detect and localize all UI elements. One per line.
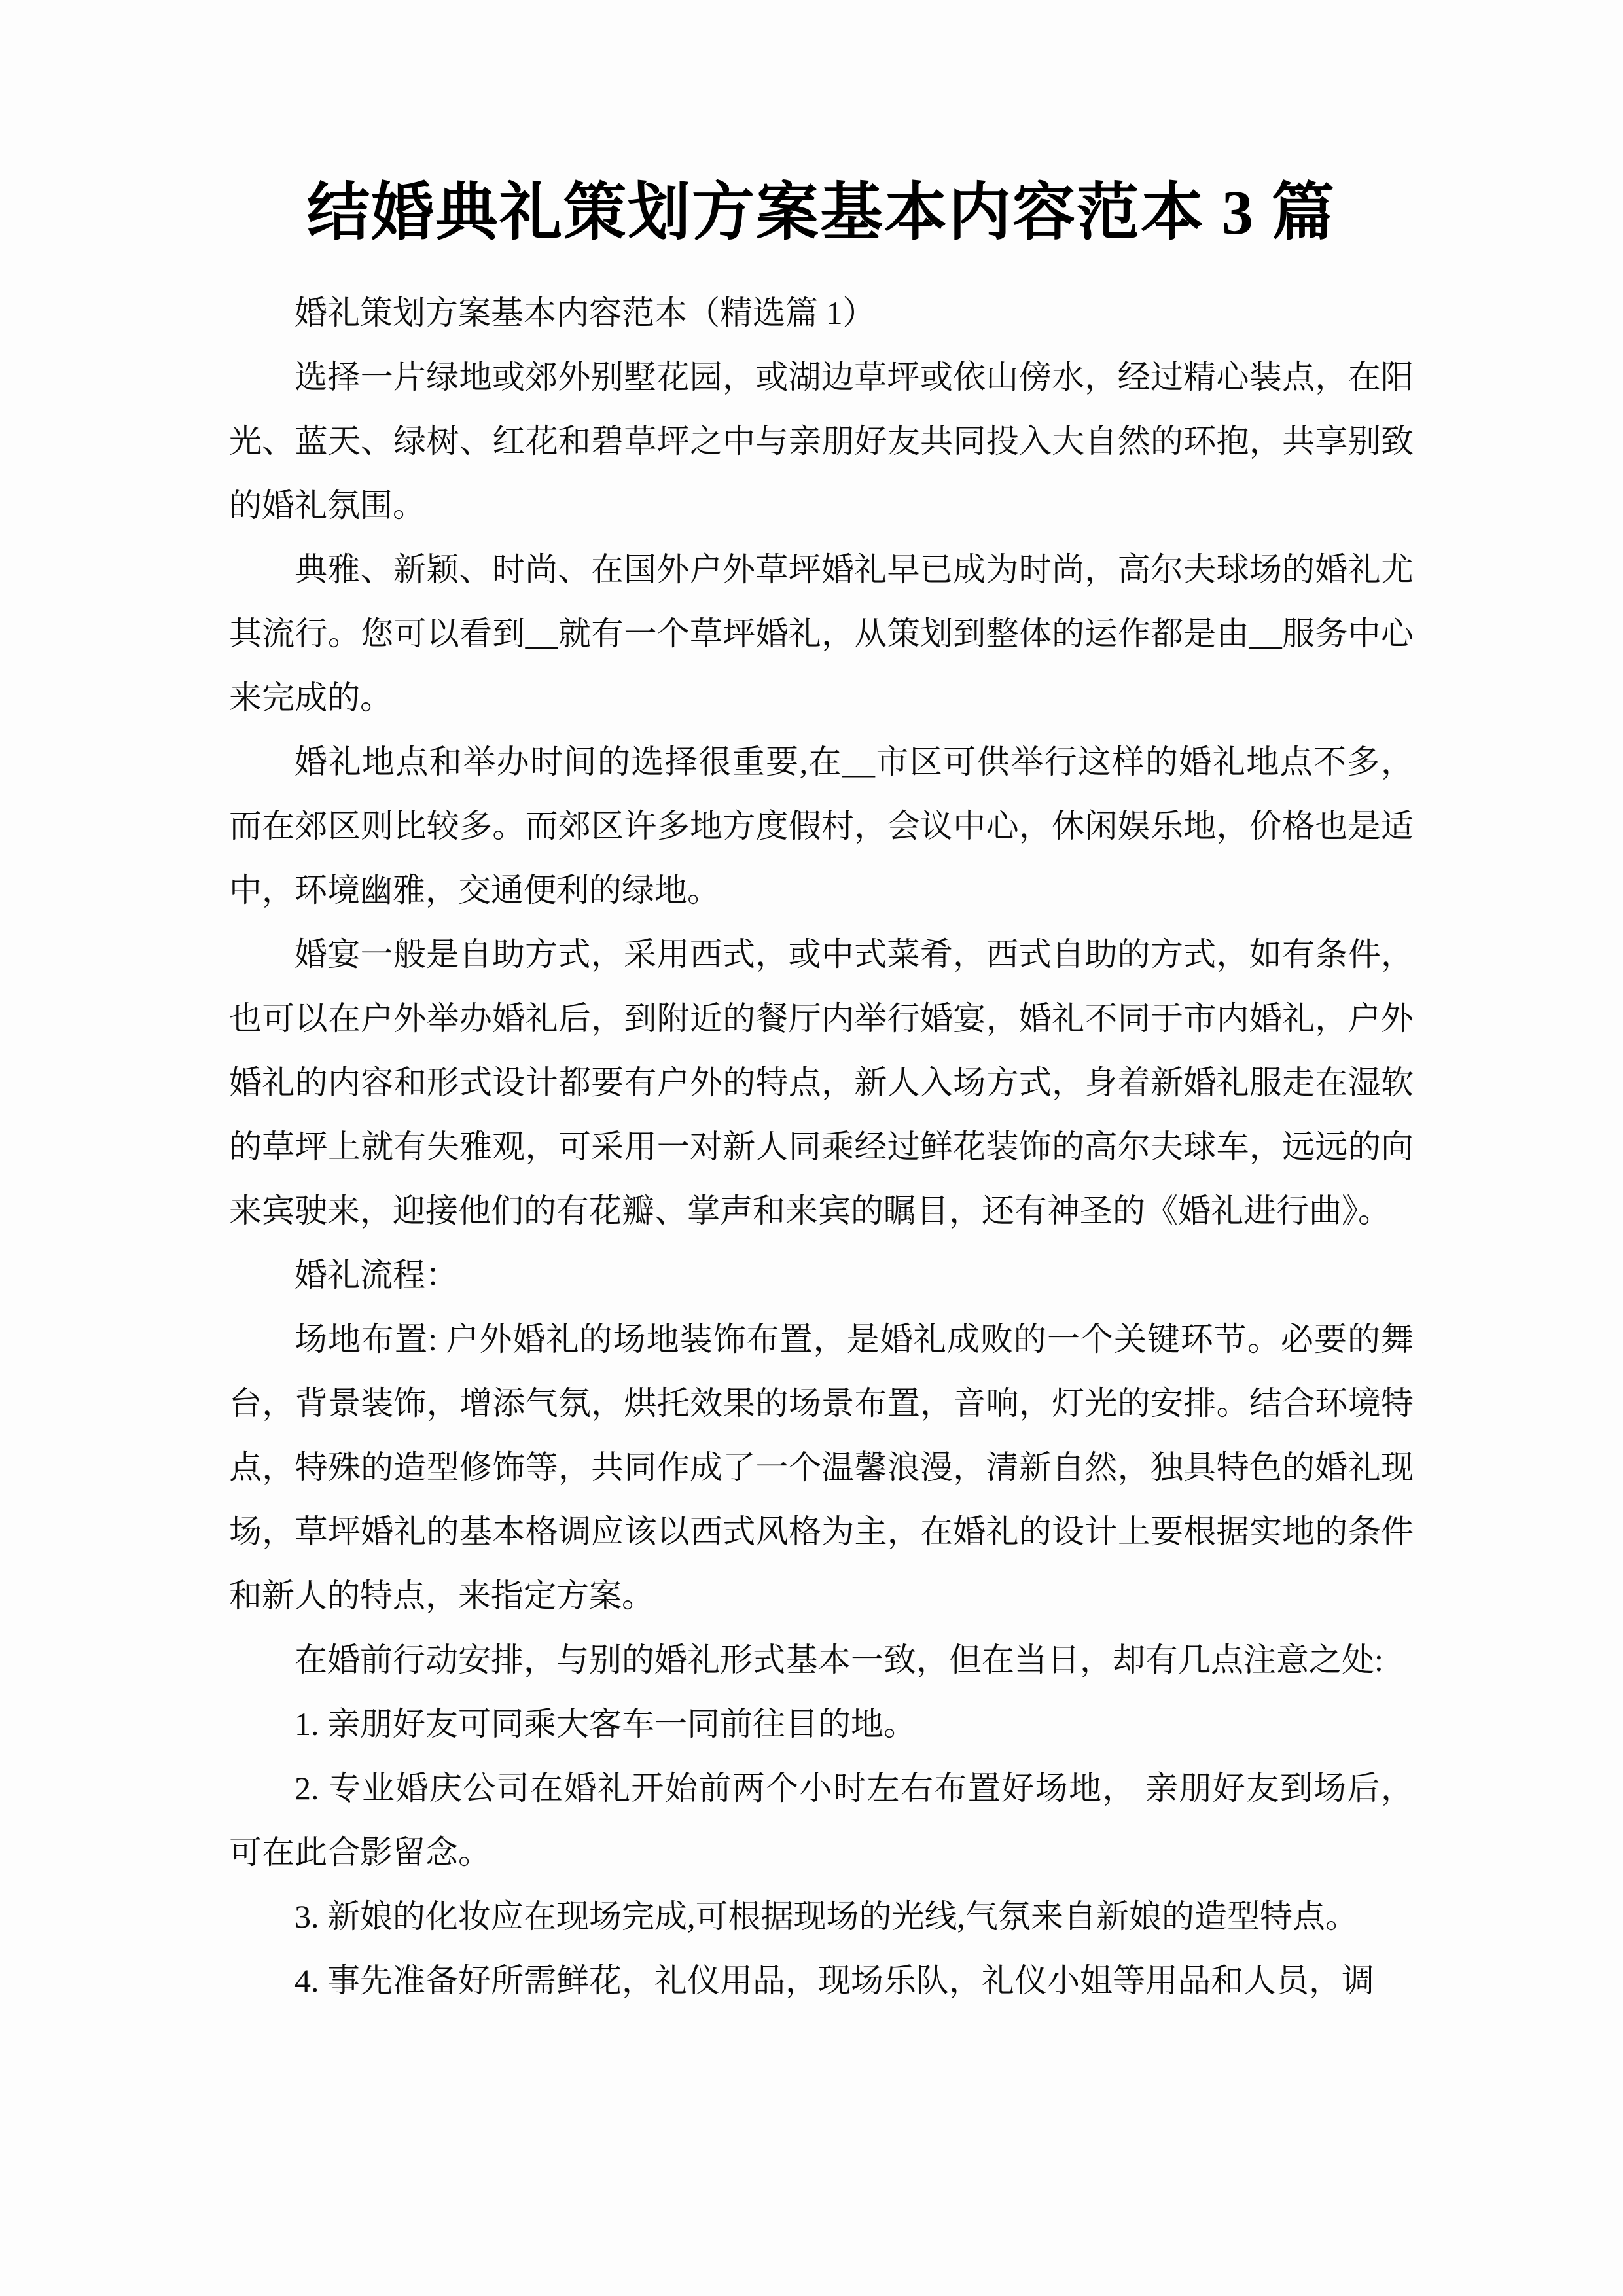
paragraph: 场地布置: 户外婚礼的场地装饰布置，是婚礼成败的一个关键环节。必要的舞台，背景装… — [229, 1307, 1414, 1628]
paragraph-list-item: 3. 新娘的化妆应在现场完成,可根据现场的光线,气氛来自新娘的造型特点。 — [229, 1884, 1414, 1948]
paragraph-list-item: 1. 亲朋好友可同乘大客车一同前往目的地。 — [229, 1692, 1414, 1756]
document-body: 婚礼策划方案基本内容范本（精选篇 1） 选择一片绿地或郊外别墅花园，或湖边草坪或… — [229, 281, 1414, 2013]
document-page: 结婚典礼策划方案基本内容范本 3 篇 婚礼策划方案基本内容范本（精选篇 1） 选… — [0, 0, 1623, 2296]
document-title: 结婚典礼策划方案基本内容范本 3 篇 — [229, 173, 1414, 252]
paragraph: 在婚前行动安排，与别的婚礼形式基本一致，但在当日，却有几点注意之处: — [229, 1628, 1414, 1692]
paragraph-list-item: 4. 事先准备好所需鲜花，礼仪用品，现场乐队，礼仪小姐等用品和人员，调 — [229, 1948, 1414, 2013]
paragraph: 婚礼地点和举办时间的选择很重要,在__市区可供举行这样的婚礼地点不多，而在郊区则… — [229, 730, 1414, 922]
paragraph: 典雅、新颖、时尚、在国外户外草坪婚礼早已成为时尚，高尔夫球场的婚礼尤其流行。您可… — [229, 537, 1414, 730]
paragraph-section-heading: 婚礼流程： — [229, 1243, 1414, 1307]
paragraph-subtitle: 婚礼策划方案基本内容范本（精选篇 1） — [229, 281, 1414, 345]
paragraph: 选择一片绿地或郊外别墅花园，或湖边草坪或依山傍水，经过精心装点，在阳光、蓝天、绿… — [229, 345, 1414, 537]
paragraph: 婚宴一般是自助方式，采用西式，或中式菜肴，西式自助的方式，如有条件，也可以在户外… — [229, 922, 1414, 1243]
paragraph-list-item: 2. 专业婚庆公司在婚礼开始前两个小时左右布置好场地， 亲朋好友到场后，可在此合… — [229, 1756, 1414, 1884]
